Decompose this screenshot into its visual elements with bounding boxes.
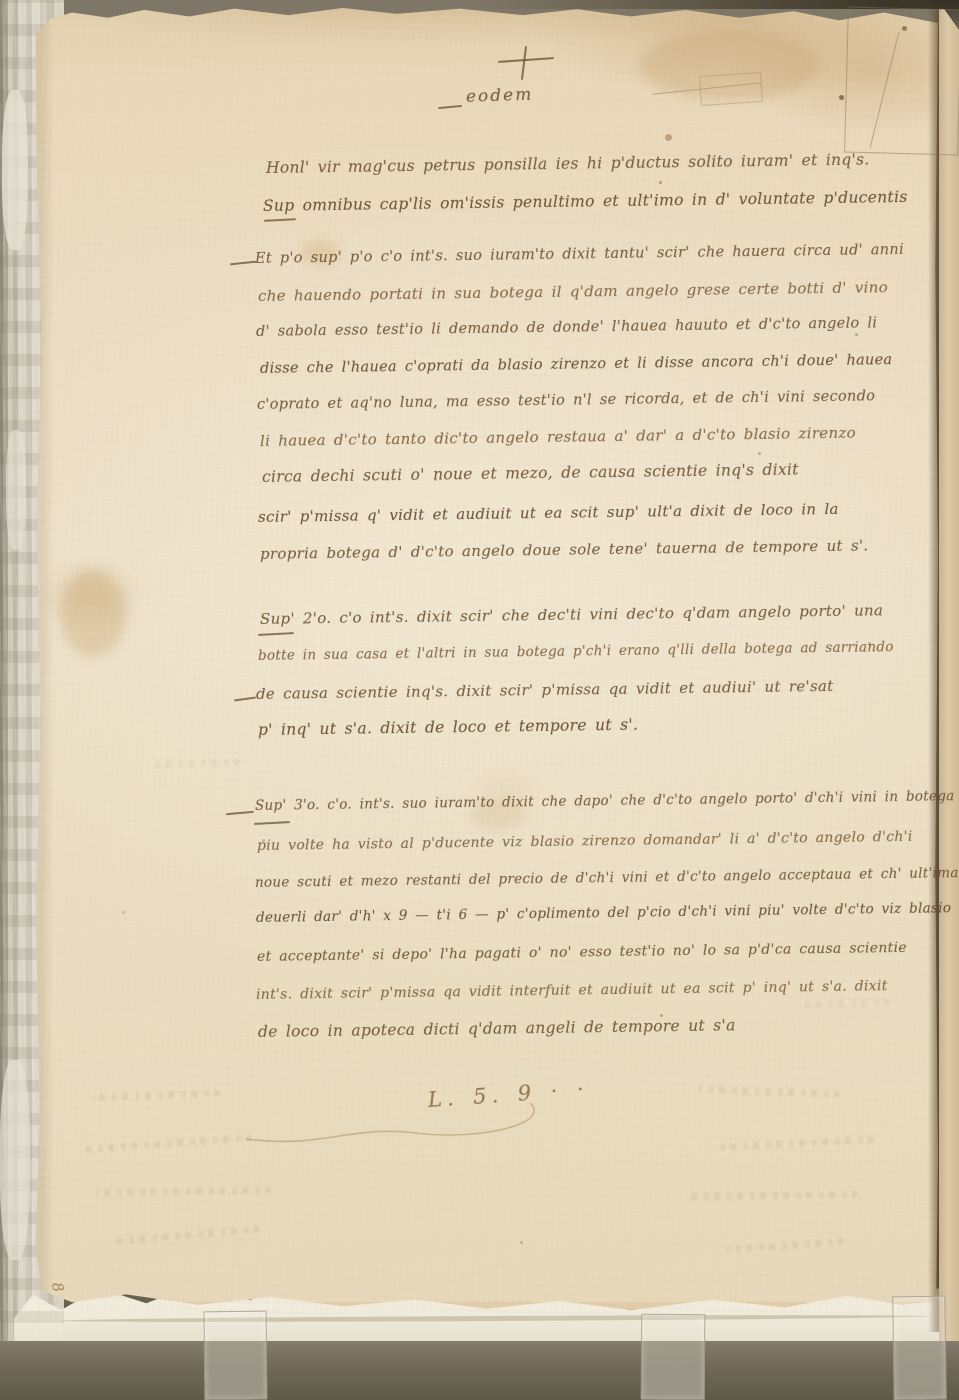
- table-surface: [0, 1341, 959, 1400]
- binding-torn-chunk: [6, 430, 26, 550]
- heading-eodem: eodem: [466, 86, 534, 108]
- mounting-tab: [641, 1314, 706, 1400]
- repair-outline: [844, 7, 959, 156]
- binding-torn-chunk: [2, 90, 28, 250]
- mounting-tab: [892, 1296, 946, 1400]
- foxing-specks: [0, 0, 3, 3]
- manuscript-scan: eodem Honl' vir mag'cus petrus ponsilla …: [0, 0, 959, 1400]
- adjacent-page-edge: [939, 2, 959, 1352]
- cross-mark-icon: [498, 46, 554, 82]
- mounting-tab: [204, 1311, 268, 1400]
- binding-torn-chunk: [0, 1060, 30, 1260]
- cross-horizontal-stroke: [498, 57, 554, 63]
- cross-vertical-stroke: [521, 46, 527, 80]
- stain: [640, 30, 820, 100]
- stain: [60, 570, 126, 656]
